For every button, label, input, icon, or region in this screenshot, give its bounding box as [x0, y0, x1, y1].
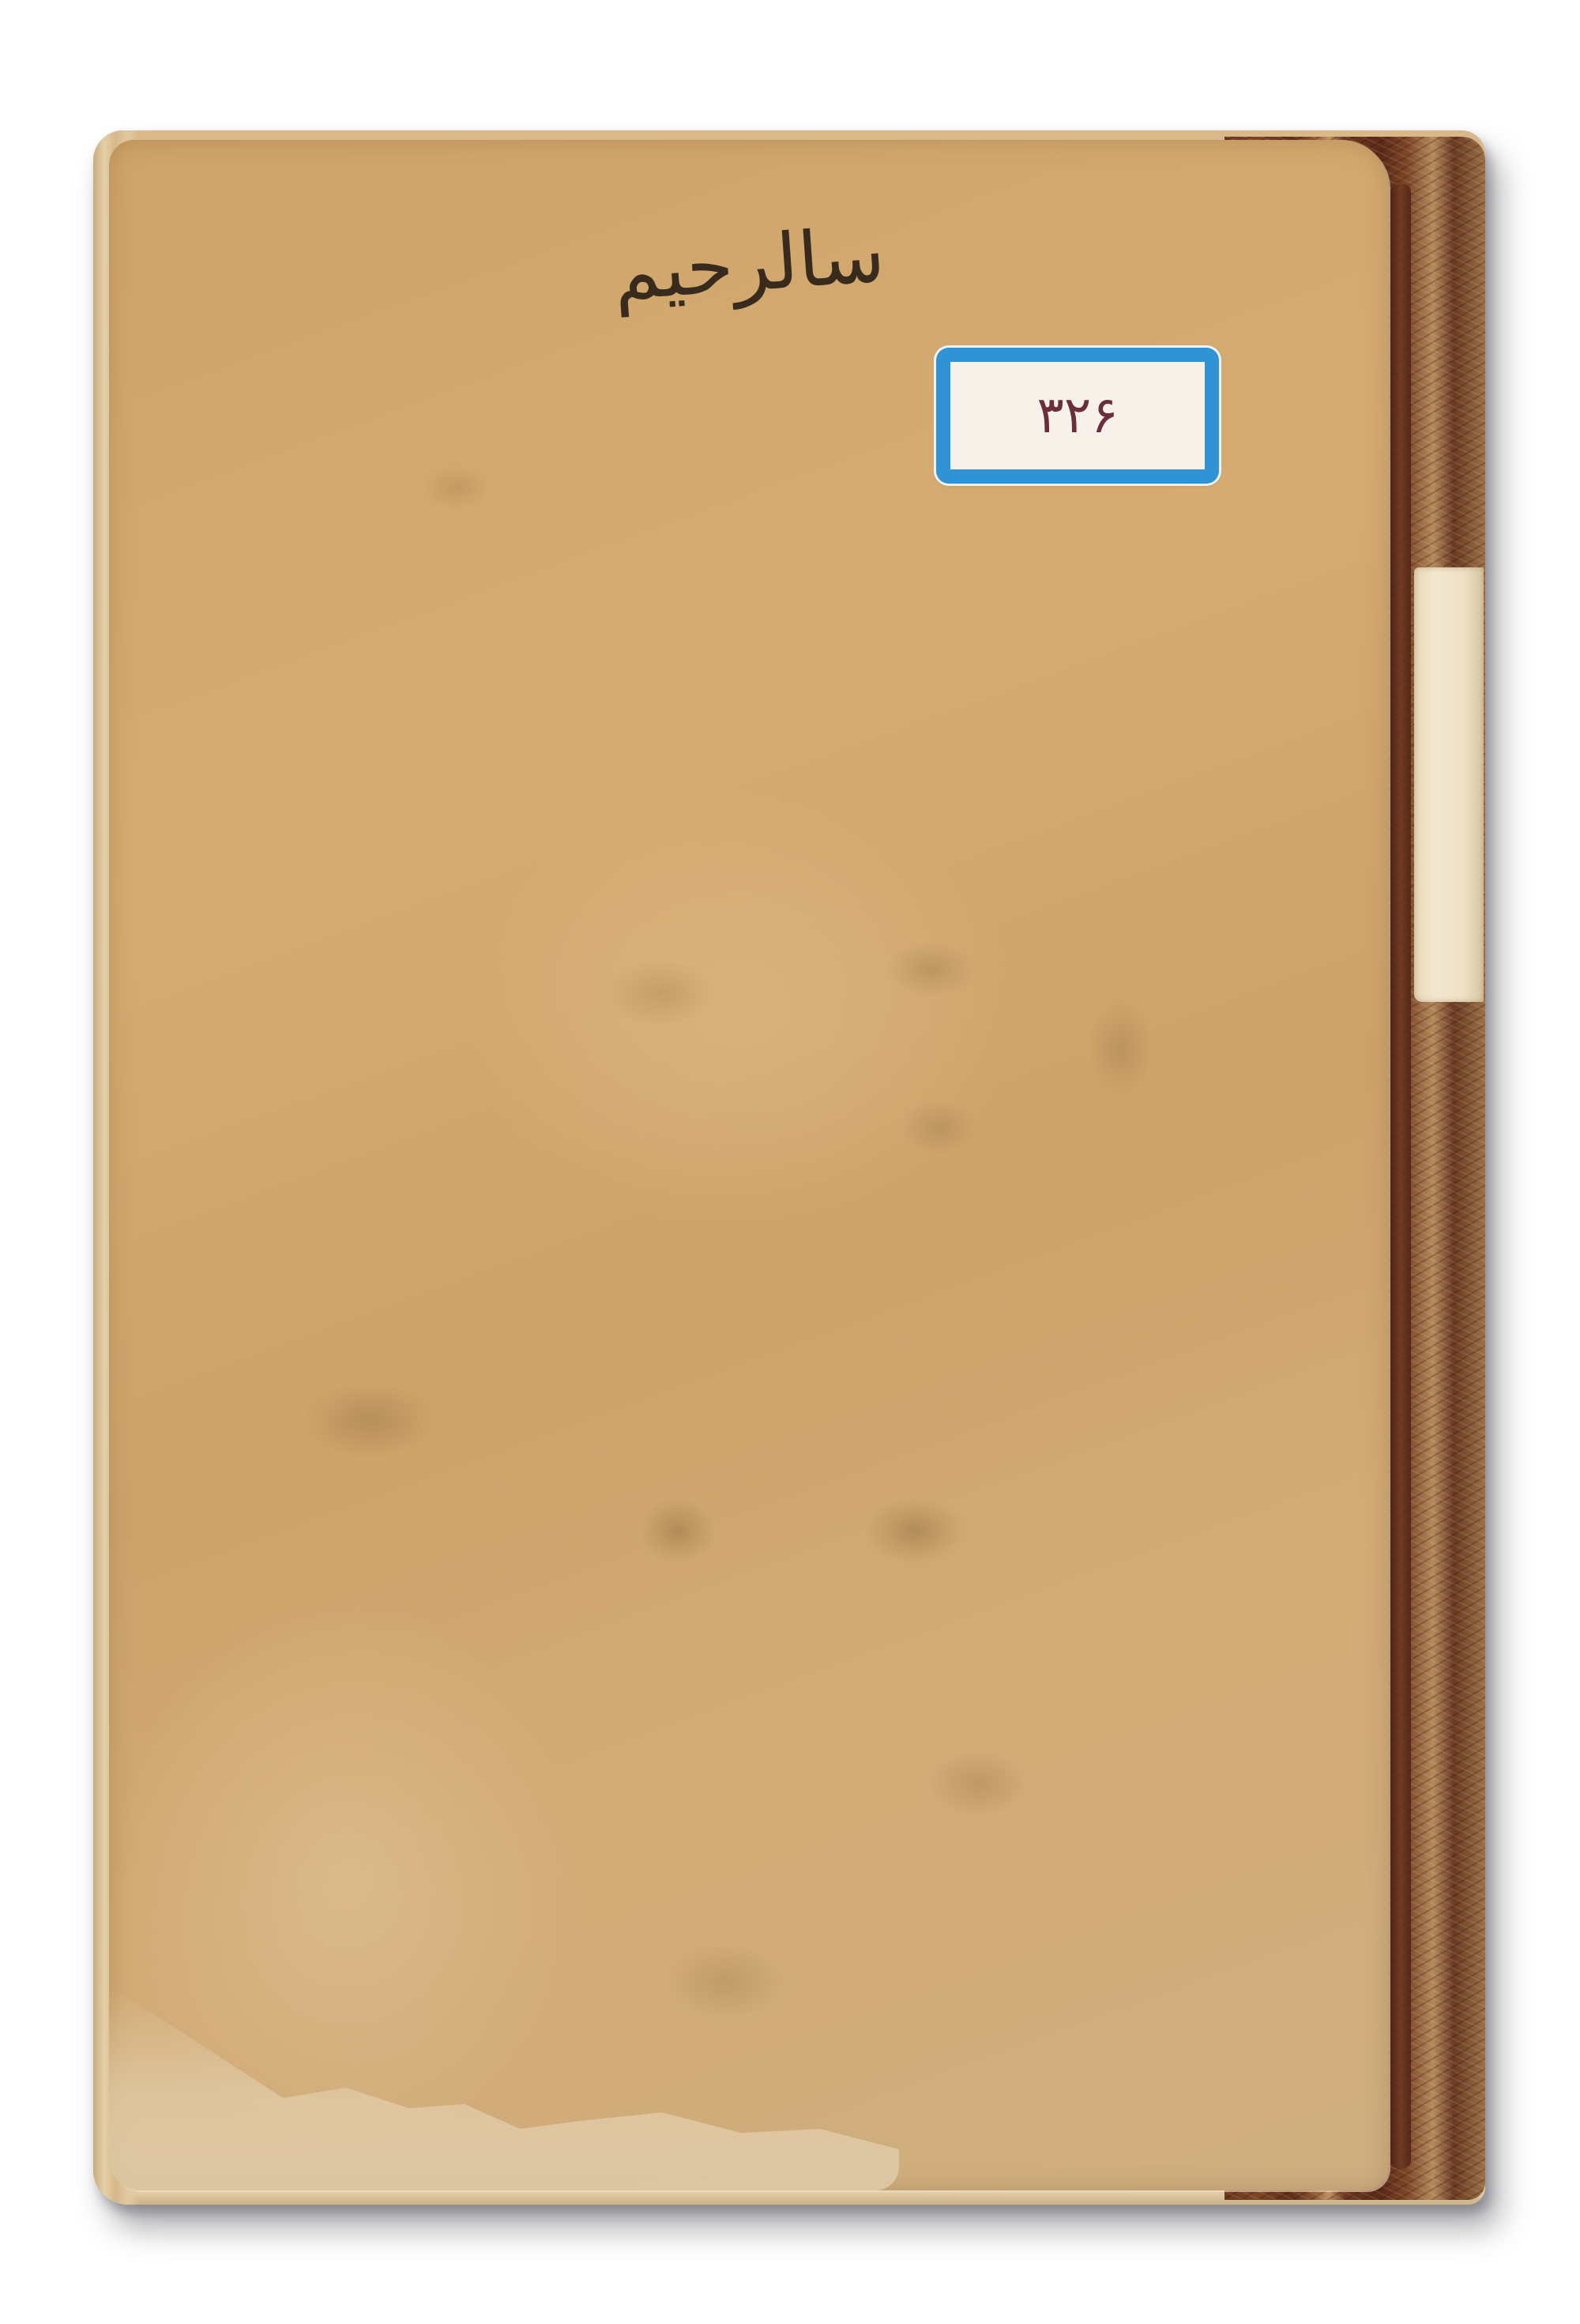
front-cover: سالرحيم ۳۲۶ [109, 140, 1389, 2190]
spine-paper-label [1414, 567, 1484, 1002]
catalog-number: ۳۲۶ [1036, 386, 1118, 445]
spine-band-outer [1390, 184, 1411, 2168]
worn-bottom-edge [109, 1985, 899, 2190]
catalog-label: ۳۲۶ [936, 348, 1219, 484]
book: سالرحيم ۳۲۶ [93, 130, 1485, 2205]
handwritten-inscription: سالرحيم [613, 203, 888, 324]
